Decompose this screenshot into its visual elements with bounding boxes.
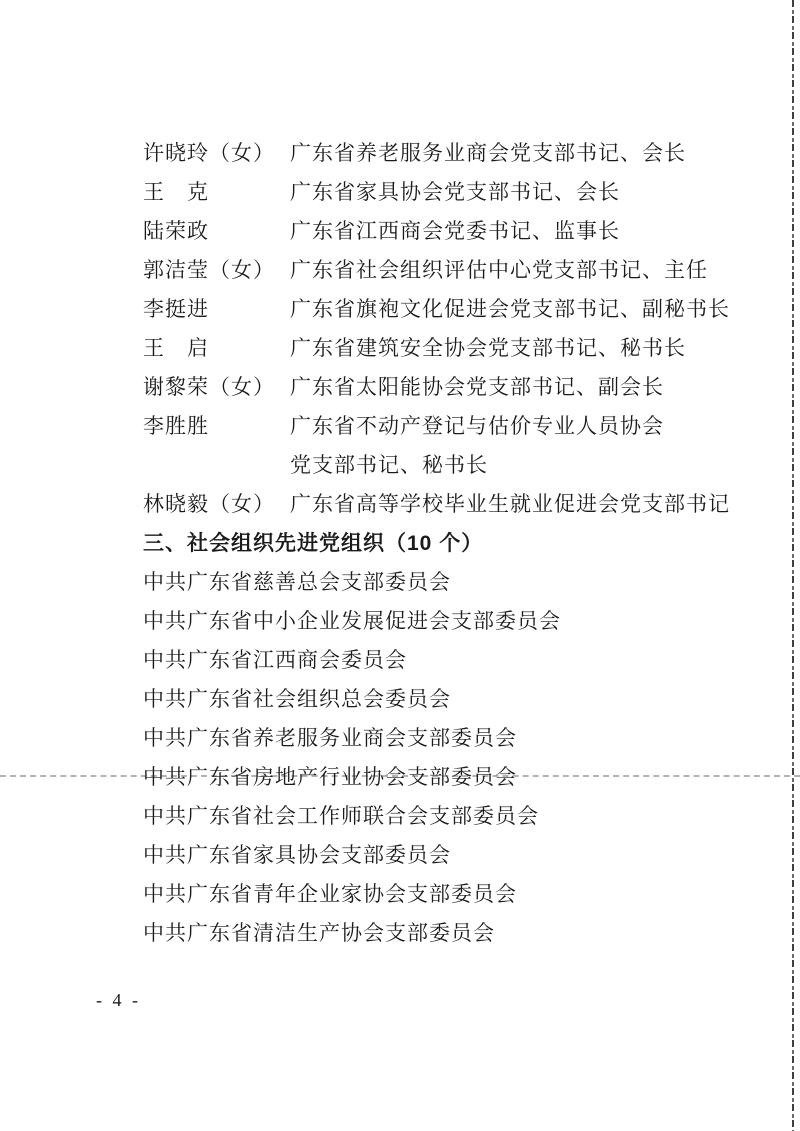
recipient-title-continuation-row: 党支部书记、秘书长 <box>143 446 730 485</box>
recipient-row: 王 启 广东省建筑安全协会党支部书记、秘书长 <box>143 329 730 368</box>
recipient-name: 王 启 <box>143 329 290 368</box>
recipient-title: 广东省江西商会党委书记、监事长 <box>290 212 620 251</box>
document-content: 许晓玲（女） 广东省养老服务业商会党支部书记、会长 王 克 广东省家具协会党支部… <box>143 134 730 953</box>
recipient-name: 林晓毅（女） <box>143 485 290 524</box>
recipient-row: 郭洁莹（女） 广东省社会组织评估中心党支部书记、主任 <box>143 251 730 290</box>
organization-item: 中共广东省社会组织总会委员会 <box>143 680 730 719</box>
recipient-name: 郭洁莹（女） <box>143 251 290 290</box>
section-heading: 三、社会组织先进党组织（10 个） <box>143 524 730 563</box>
recipient-row: 李挺进 广东省旗袍文化促进会党支部书记、副秘书长 <box>143 290 730 329</box>
recipient-name: 王 克 <box>143 173 290 212</box>
recipient-name: 陆荣政 <box>143 212 290 251</box>
recipient-row: 谢黎荣（女） 广东省太阳能协会党支部书记、副会长 <box>143 368 730 407</box>
organization-item: 中共广东省房地产行业协会支部委员会 <box>143 758 730 797</box>
recipient-name: 许晓玲（女） <box>143 134 290 173</box>
organization-item: 中共广东省青年企业家协会支部委员会 <box>143 875 730 914</box>
scan-edge-artifact <box>792 0 794 1131</box>
recipient-title: 广东省太阳能协会党支部书记、副会长 <box>290 368 664 407</box>
recipient-title: 广东省家具协会党支部书记、会长 <box>290 173 620 212</box>
page-number: - 4 - <box>96 990 141 1011</box>
recipient-title: 广东省旗袍文化促进会党支部书记、副秘书长 <box>290 290 730 329</box>
recipient-row: 李胜胜 广东省不动产登记与估价专业人员协会 <box>143 407 730 446</box>
recipient-row: 陆荣政 广东省江西商会党委书记、监事长 <box>143 212 730 251</box>
recipient-name: 谢黎荣（女） <box>143 368 290 407</box>
document-page: 许晓玲（女） 广东省养老服务业商会党支部书记、会长 王 克 广东省家具协会党支部… <box>0 0 800 1131</box>
organization-item: 中共广东省清洁生产协会支部委员会 <box>143 914 730 953</box>
organization-item: 中共广东省慈善总会支部委员会 <box>143 563 730 602</box>
recipient-row: 林晓毅（女） 广东省高等学校毕业生就业促进会党支部书记 <box>143 485 730 524</box>
recipient-title: 广东省不动产登记与估价专业人员协会 <box>290 407 664 446</box>
recipient-title: 广东省高等学校毕业生就业促进会党支部书记 <box>290 485 730 524</box>
continuation-indent-spacer <box>143 446 290 485</box>
recipient-row: 许晓玲（女） 广东省养老服务业商会党支部书记、会长 <box>143 134 730 173</box>
organization-item: 中共广东省家具协会支部委员会 <box>143 836 730 875</box>
recipient-title-continuation: 党支部书记、秘书长 <box>290 446 488 485</box>
recipient-title: 广东省养老服务业商会党支部书记、会长 <box>290 134 686 173</box>
recipient-title: 广东省社会组织评估中心党支部书记、主任 <box>290 251 708 290</box>
organization-item: 中共广东省中小企业发展促进会支部委员会 <box>143 602 730 641</box>
recipient-row: 王 克 广东省家具协会党支部书记、会长 <box>143 173 730 212</box>
organization-item: 中共广东省社会工作师联合会支部委员会 <box>143 797 730 836</box>
recipient-name: 李挺进 <box>143 290 290 329</box>
organization-item: 中共广东省江西商会委员会 <box>143 641 730 680</box>
organization-item: 中共广东省养老服务业商会支部委员会 <box>143 719 730 758</box>
recipient-name: 李胜胜 <box>143 407 290 446</box>
recipient-title: 广东省建筑安全协会党支部书记、秘书长 <box>290 329 686 368</box>
